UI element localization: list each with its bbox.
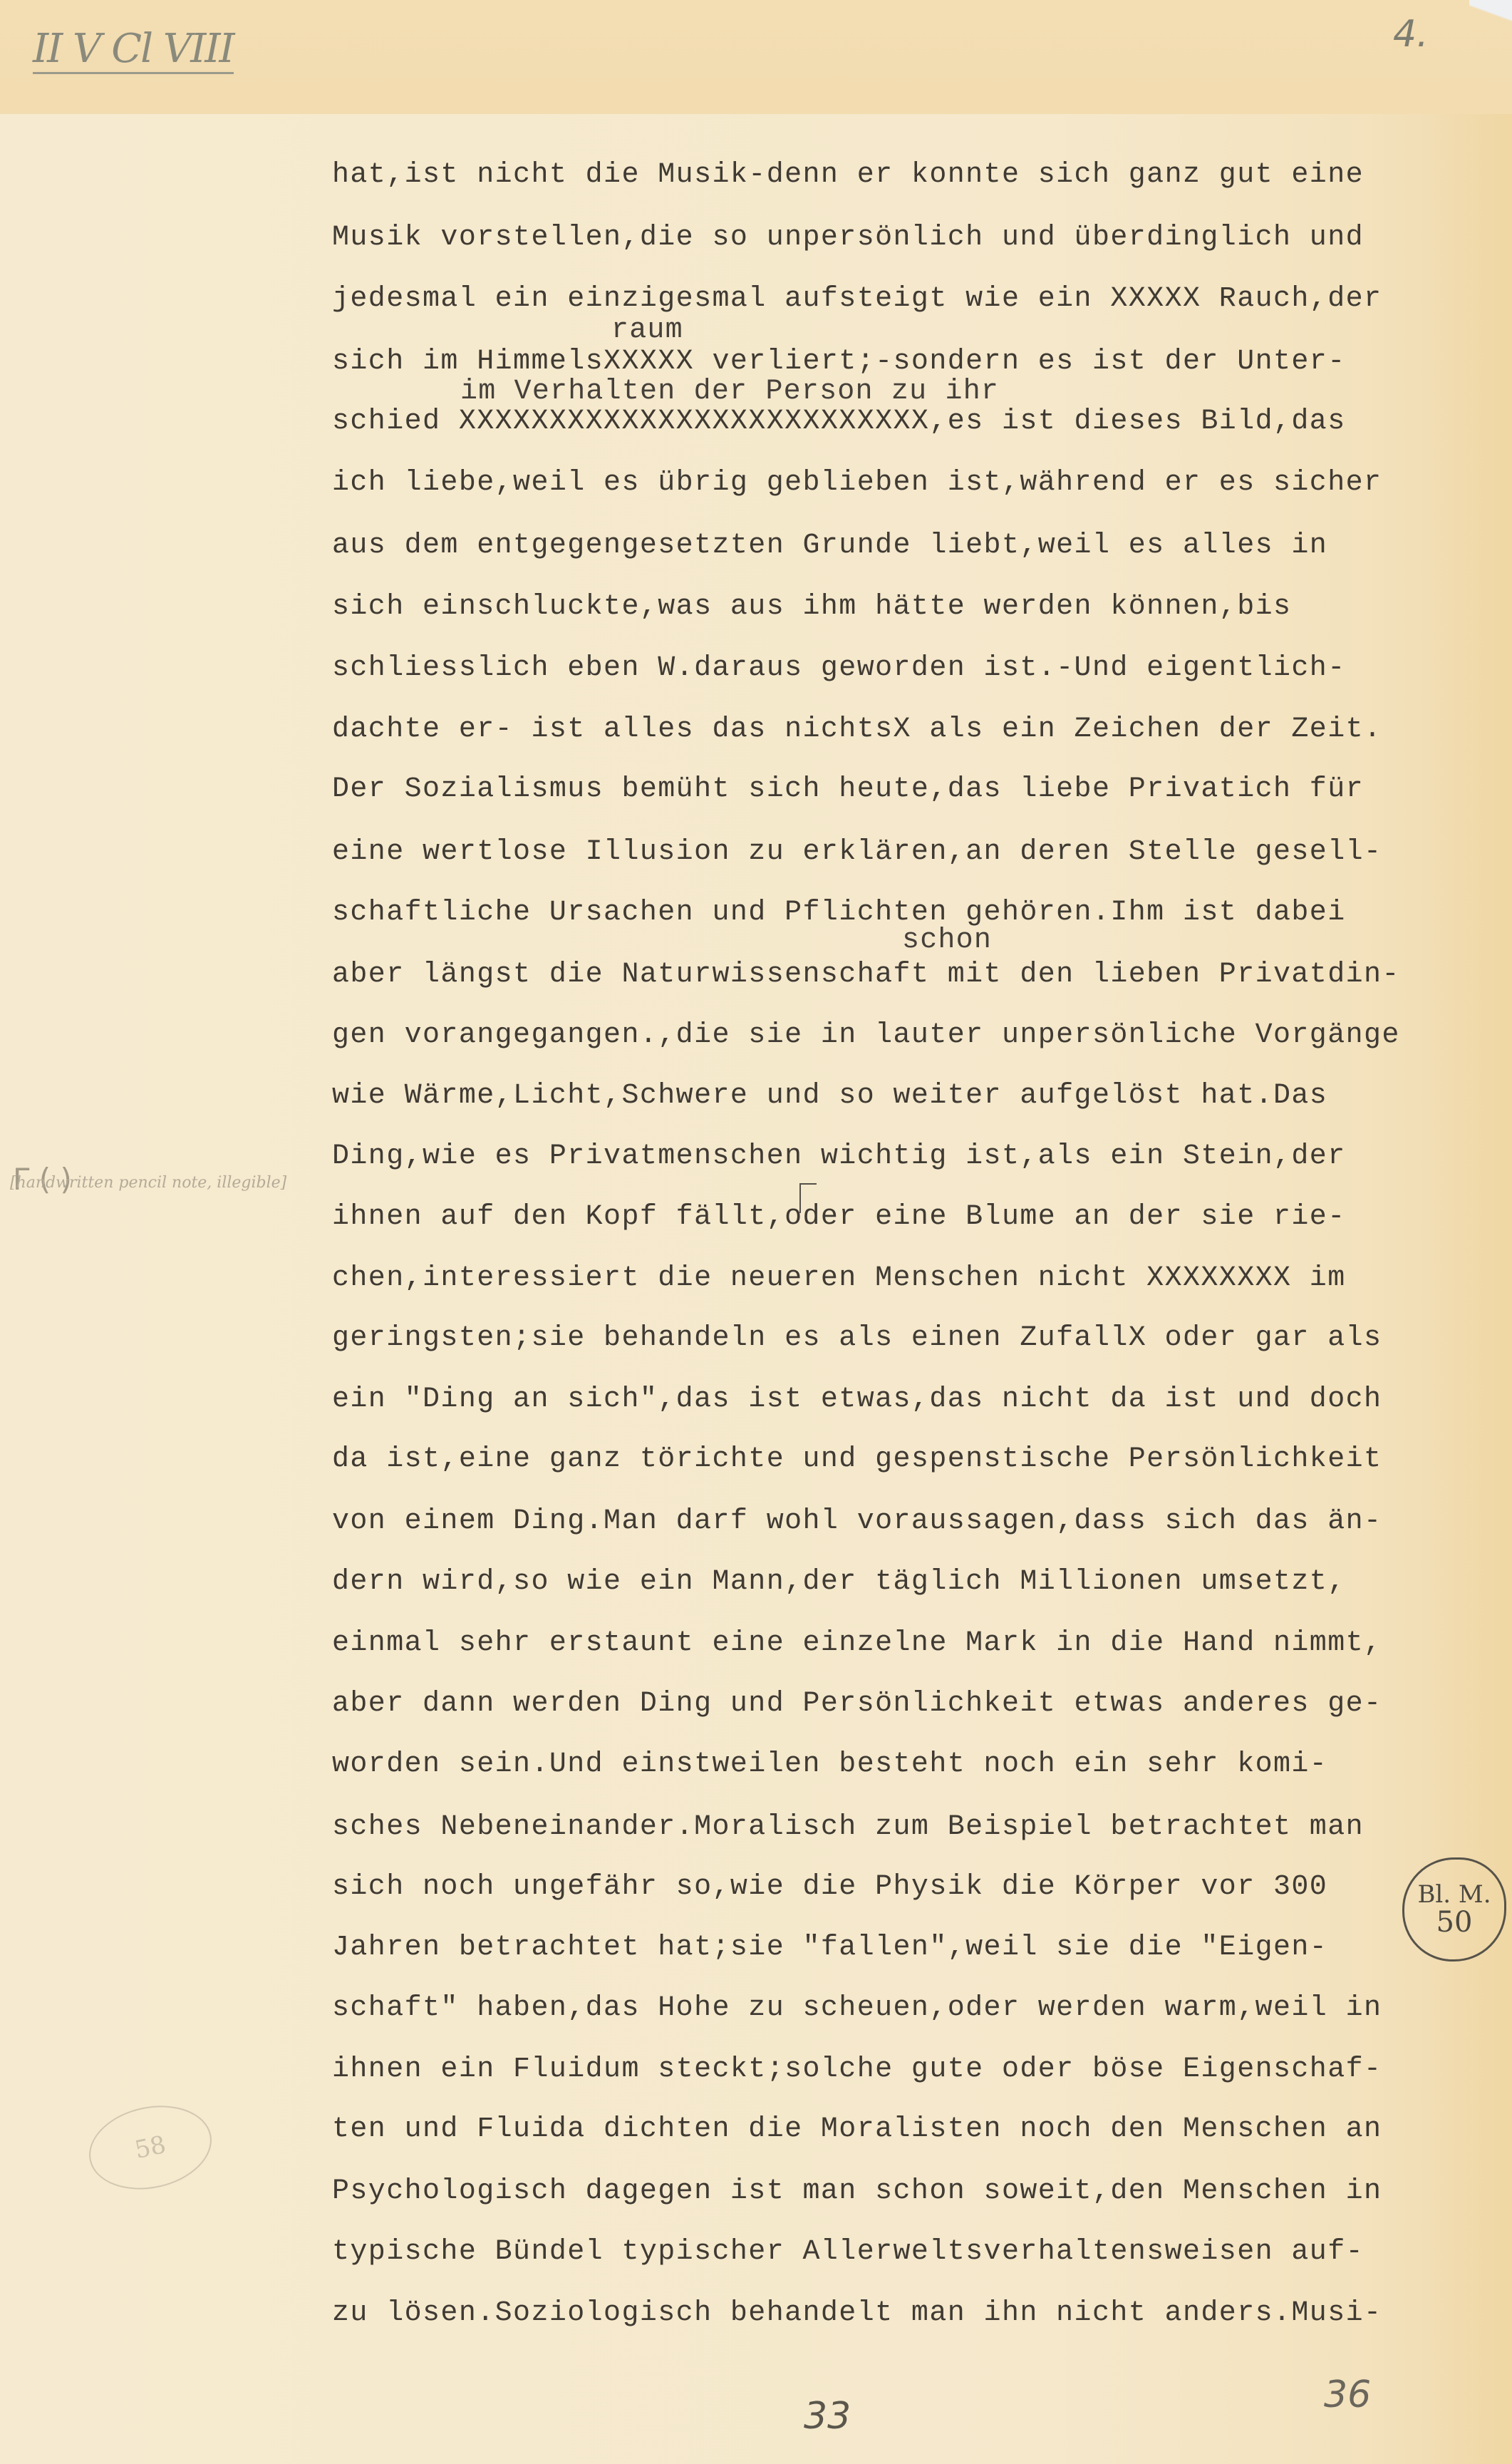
text-line: schliesslich eben W.daraus geworden ist.… [332,651,1346,686]
folio-number: 4. [1393,13,1429,56]
text-line: Der Sozialismus bemüht sich heute,das li… [332,773,1364,807]
interlinear-insertion: im Verhalten der Person zu ihr [460,375,999,409]
text-line: gen vorangegangen.,die sie in lauter unp… [332,1019,1400,1053]
folio-stamp: Bl. M. 50 [1402,1857,1506,1962]
text-line: da ist,eine ganz törichte und gespenstis… [332,1443,1382,1477]
faint-pencil-stamp: 58 [81,2095,219,2200]
text-line: von einem Ding.Man darf wohl voraussagen… [332,1505,1382,1539]
page-right-edge-shading [1426,114,1512,2464]
text-line: dern wird,so wie ein Mann,der täglich Mi… [332,1565,1346,1599]
interlinear-insertion: raum [611,314,683,348]
text-line: sich einschluckte,was aus ihm hätte werd… [332,590,1291,624]
page-number-bottom: 33 [804,2395,851,2438]
text-line: Jahren betrachtet hat;sie "fallen",weil … [332,1931,1327,1965]
stamp-number: 50 [1436,1907,1473,1937]
stamp-label: Bl. M. [1417,1882,1491,1907]
text-line: ihnen ein Fluidum steckt;solche gute ode… [332,2053,1382,2087]
text-line: sches Nebeneinander.Moralisch zum Beispi… [332,1810,1364,1845]
text-line: ten und Fluida dichten die Moralisten no… [332,2113,1382,2147]
text-line: jedesmal ein einzigesmal aufsteigt wie e… [332,282,1382,316]
interlinear-insertion: schon [902,924,992,958]
text-line: ein "Ding an sich",das ist etwas,das nic… [332,1383,1382,1417]
text-line: geringsten;sie behandeln es als einen Zu… [332,1321,1382,1356]
page-corner-fold [1469,0,1512,29]
page-number-bottom-right: 36 [1324,2373,1371,2416]
text-line: wie Wärme,Licht,Schwere und so weiter au… [332,1079,1327,1113]
text-line: aus dem entgegengesetzten Grunde liebt,w… [332,529,1327,563]
text-line: aber längst die Naturwissenschaft mit de… [332,958,1400,992]
text-line: chen,interessiert die neueren Menschen n… [332,1262,1346,1296]
text-line: schied XXXXXXXXXXXXXXXXXXXXXXXXXX,es ist… [332,405,1346,439]
text-line: schaftliche Ursachen und Pflichten gehör… [332,896,1346,930]
archive-signature: II V Cl VIII [33,26,234,74]
text-line: einmal sehr erstaunt eine einzelne Mark … [332,1627,1382,1661]
text-line: sich im HimmelsXXXXX verliert;-sondern e… [332,345,1346,379]
text-line: schaft" haben,das Hohe zu scheuen,oder w… [332,1991,1382,2026]
text-line: Psychologisch dagegen ist man schon sowe… [332,2175,1382,2209]
text-line: Musik vorstellen,die so unpersönlich und… [332,221,1364,255]
text-line: aber dann werden Ding und Persönlichkeit… [332,1687,1382,1721]
margin-handwritten-note: [handwritten pencil note, illegible] [10,1169,309,1197]
text-line: eine wertlose Illusion zu erklären,an de… [332,835,1382,870]
text-line: ich liebe,weil es übrig geblieben ist,wä… [332,466,1382,500]
manuscript-page: II V Cl VIII 4. Γ ( ) [handwritten penci… [0,0,1512,2464]
text-line: Ding,wie es Privatmenschen wichtig ist,a… [332,1140,1346,1174]
text-line: ihnen auf den Kopf fällt,oder eine Blume… [332,1200,1346,1234]
text-line: sich noch ungefähr so,wie die Physik die… [332,1870,1327,1904]
text-line: hat,ist nicht die Musik-denn er konnte s… [332,158,1364,192]
text-line: typische Bündel typischer Allerweltsverh… [332,2235,1364,2269]
text-line: worden sein.Und einstweilen besteht noch… [332,1748,1327,1782]
text-line: dachte er- ist alles das nichtsX als ein… [332,713,1382,747]
text-line: zu lösen.Soziologisch behandelt man ihn … [332,2297,1382,2331]
